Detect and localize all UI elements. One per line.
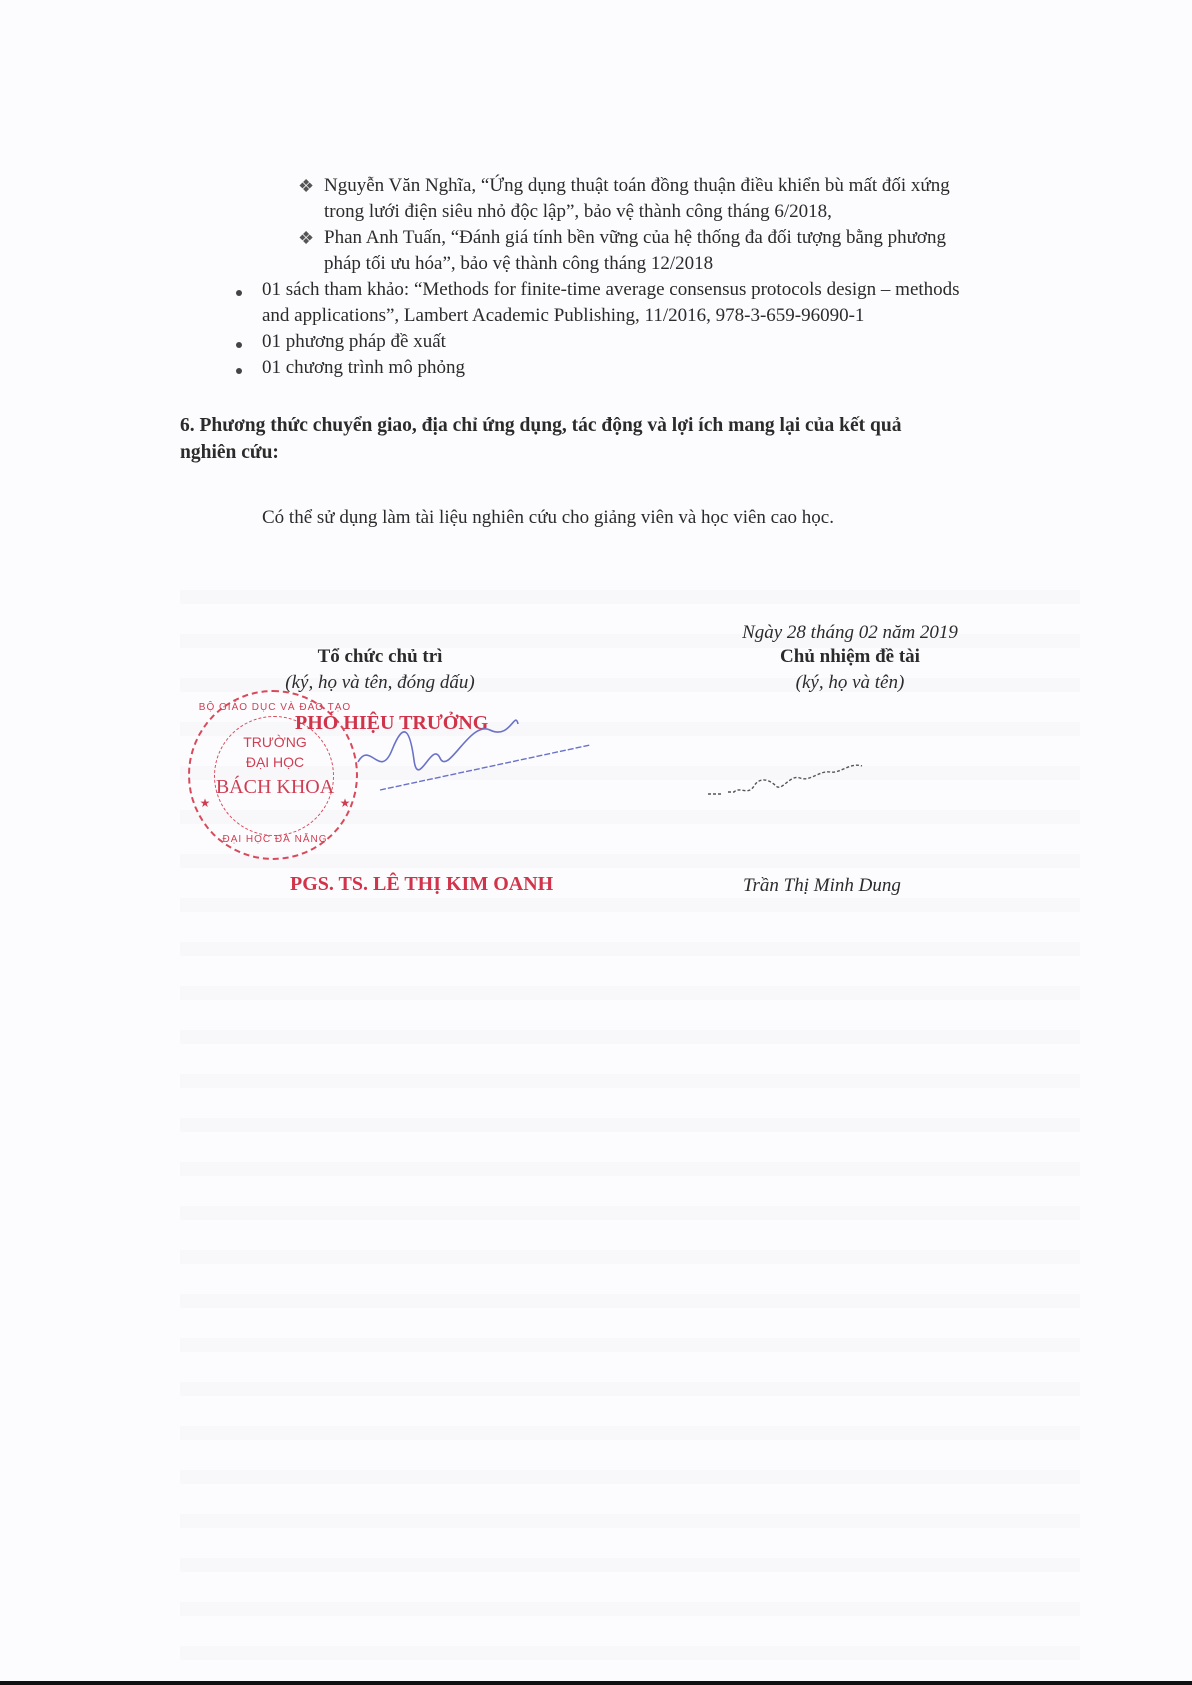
- section-6-heading-cont: nghiên cứu:: [180, 441, 279, 465]
- signer-name-left: PGS. TS. LÊ THỊ KIM OANH: [290, 872, 553, 896]
- handwritten-signature-left: [340, 700, 610, 810]
- bullet-icon: [236, 368, 242, 374]
- bullet-icon: [236, 342, 242, 348]
- sub-item-2-line2: pháp tối ưu hóa”, bảo vệ thành công thán…: [324, 252, 713, 276]
- handwritten-signature-right: [700, 752, 910, 812]
- main-item-1-line1: 01 sách tham khảo: “Methods for finite-t…: [262, 278, 960, 302]
- sub-item-1-line1: Nguyễn Văn Nghĩa, “Ứng dụng thuật toán đ…: [324, 174, 950, 198]
- stamp-ring-bottom: ĐẠI HỌC ĐÀ NẴNG: [190, 834, 360, 845]
- page-bottom-edge: [0, 1681, 1192, 1685]
- section-6-heading: 6. Phương thức chuyển giao, địa chỉ ứng …: [180, 414, 901, 438]
- document-page: ❖ Nguyễn Văn Nghĩa, “Ứng dụng thuật toán…: [0, 0, 1192, 1685]
- main-item-3: 01 chương trình mô phỏng: [262, 356, 465, 380]
- diamond-bullet-icon: ❖: [298, 228, 314, 249]
- section-6-body: Có thể sử dụng làm tài liệu nghiên cứu c…: [262, 506, 834, 530]
- signer-name-right: Trần Thị Minh Dung: [743, 874, 901, 898]
- sub-item-2-line1: Phan Anh Tuấn, “Đánh giá tính bền vững c…: [324, 226, 946, 250]
- main-item-1-line2: and applications”, Lambert Academic Publ…: [262, 304, 864, 328]
- project-lead-note: (ký, họ và tên): [700, 671, 1000, 695]
- sub-item-1-line2: trong lưới điện siêu nhỏ độc lập”, bảo v…: [324, 200, 832, 224]
- host-org-title: Tổ chức chủ trì: [250, 645, 510, 669]
- signing-date: Ngày 28 tháng 02 năm 2019: [700, 621, 1000, 645]
- stamp-line1: TRƯỜNG: [190, 734, 360, 750]
- stamp-line2: ĐẠI HỌC: [190, 754, 360, 770]
- project-lead-title: Chủ nhiệm đề tài: [700, 645, 1000, 669]
- diamond-bullet-icon: ❖: [298, 176, 314, 197]
- main-item-2: 01 phương pháp đề xuất: [262, 330, 446, 354]
- bullet-icon: [236, 290, 242, 296]
